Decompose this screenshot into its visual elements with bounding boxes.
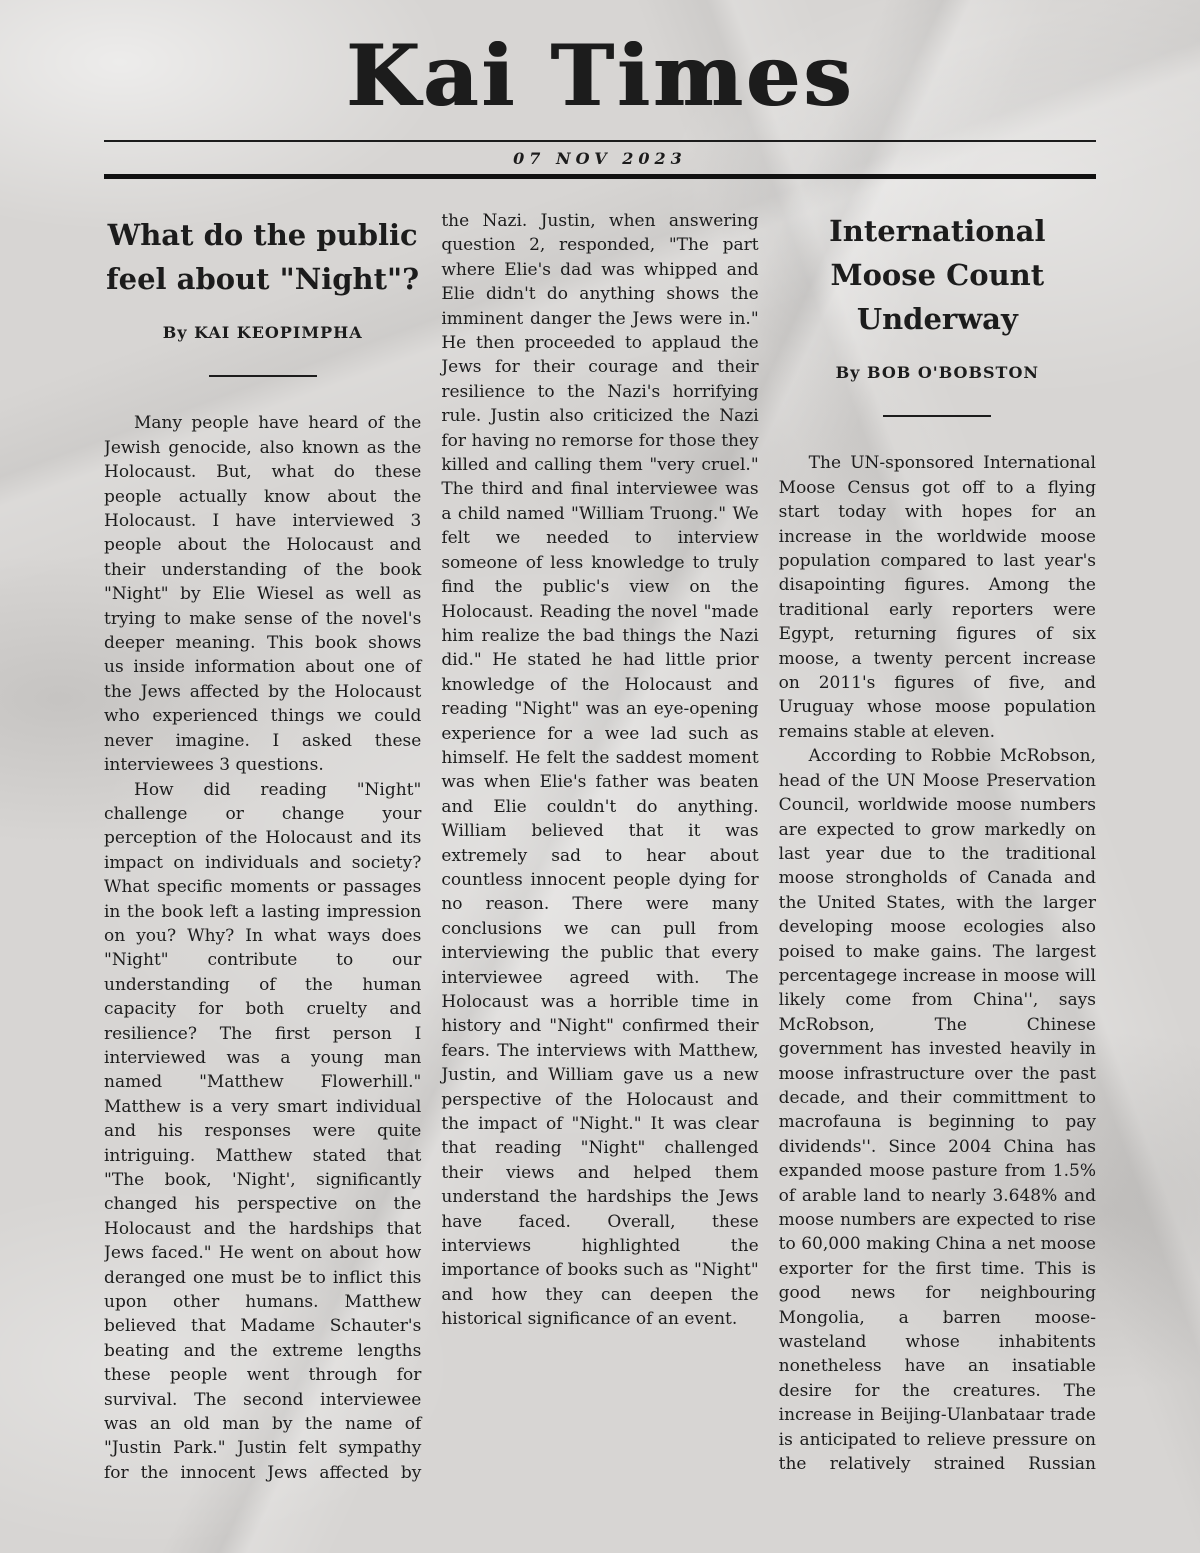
article-moose-header: International Moose Count Underway By BO… xyxy=(779,209,1096,417)
article-night-headline: What do the public feel about "Night"? xyxy=(106,213,419,301)
article-night-review: What do the public feel about "Night"? B… xyxy=(104,209,759,1494)
article-night-paragraph-1: Many people have heard of the Jewish gen… xyxy=(104,411,421,777)
article-moose-headline: International Moose Count Underway xyxy=(781,209,1094,341)
article-night-paragraph-2: How did reading "Night" challenge or cha… xyxy=(104,209,759,1494)
masthead-bottom-rule xyxy=(104,174,1096,179)
article-moose-byline: By BOB O'BOBSTON xyxy=(779,361,1096,385)
article-night-byline-rule xyxy=(209,375,317,377)
masthead-date: 07 NOV 2023 xyxy=(104,142,1096,174)
article-moose-paragraph-1: The UN-sponsored International Moose Cen… xyxy=(779,451,1096,744)
article-night-header: What do the public feel about "Night"? B… xyxy=(104,213,421,377)
article-moose-count: International Moose Count Underway By BO… xyxy=(779,209,1096,1494)
newspaper-title: Kai Times xyxy=(104,26,1096,126)
masthead: Kai Times 07 NOV 2023 xyxy=(104,26,1096,179)
article-columns: What do the public feel about "Night"? B… xyxy=(104,209,1096,1494)
newspaper-page: Kai Times 07 NOV 2023 What do the public… xyxy=(0,0,1200,1553)
article-moose-byline-rule xyxy=(883,415,991,417)
article-night-byline: By KAI KEOPIMPHA xyxy=(104,321,421,345)
